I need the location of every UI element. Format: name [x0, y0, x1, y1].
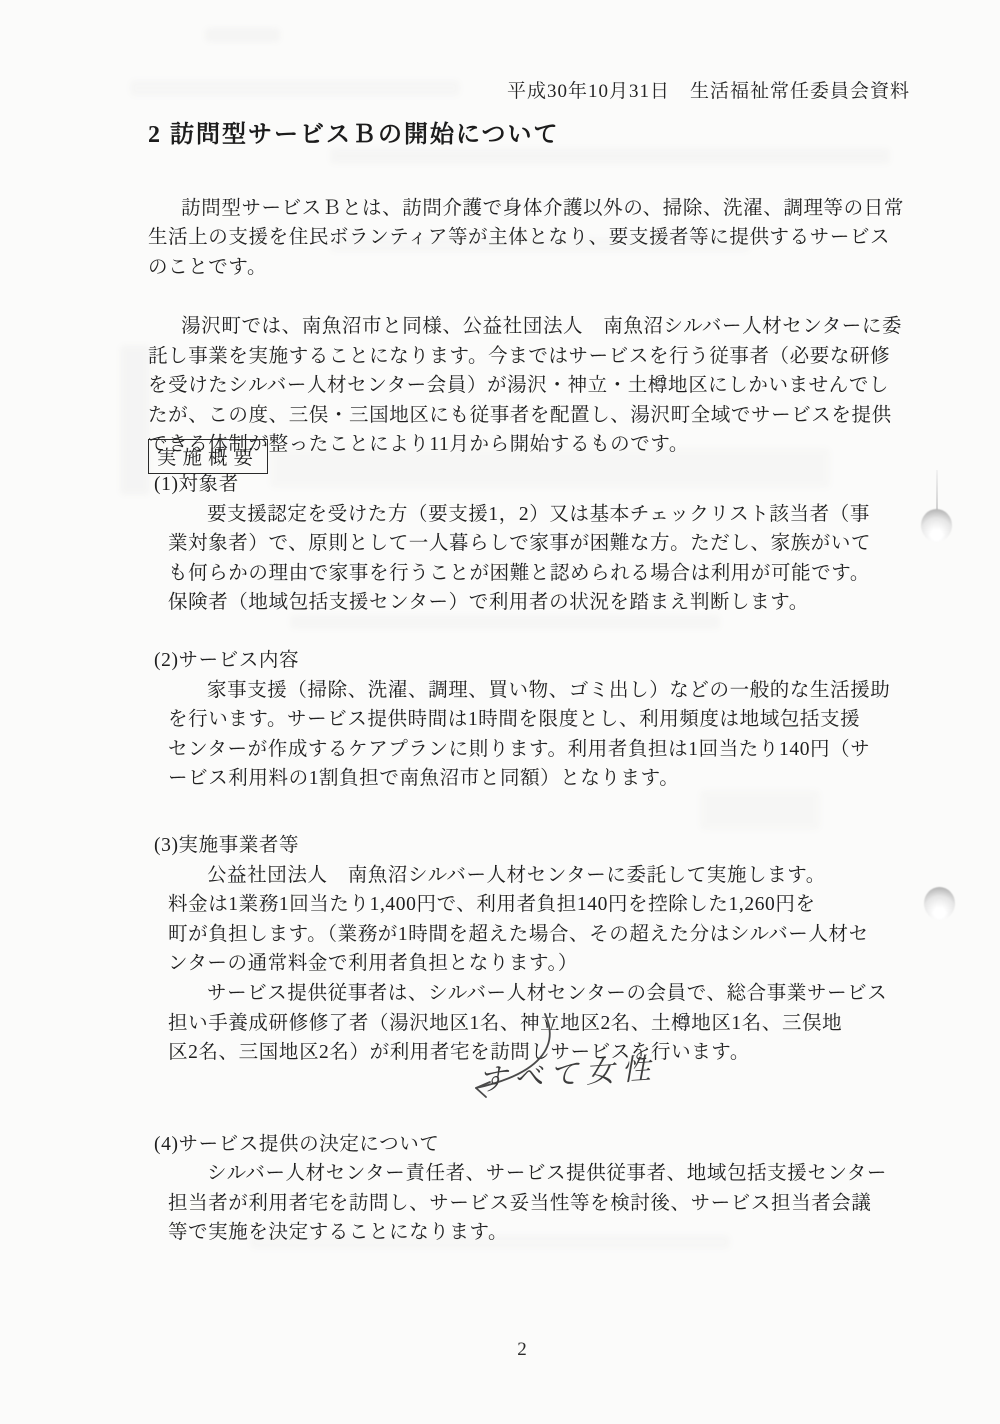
section-1-body: 要支援認定を受けた方（要支援1，2）又は基本チェックリスト該当者（事 業対象者）… — [168, 500, 923, 618]
section-3-paragraph-2: 料金は1業務1回当たり1,400円で、利用者負担140円を控除した1,260円を… — [168, 890, 923, 979]
scan-artifact-line — [936, 470, 938, 512]
scan-bleedthrough-smudge — [330, 148, 890, 164]
section-4-body: シルバー人材センター責任者、サービス提供従事者、地域包括支援センター 担当者が利… — [168, 1159, 923, 1248]
scan-bleedthrough-smudge — [205, 28, 280, 42]
scanned-document-page: 平成30年10月31日 生活福祉常任委員会資料 2 訪問型サービスＢの開始につい… — [0, 0, 1000, 1424]
section-3-heading: (3)実施事業者等 — [154, 831, 923, 861]
punch-hole-artifact-2 — [924, 887, 955, 920]
section-2-body: 家事支援（掃除、洗濯、調理、買い物、ゴミ出し）などの一般的な生活援助 を行います… — [168, 676, 923, 794]
section-2-heading: (2)サービス内容 — [154, 646, 923, 676]
scan-bleedthrough-smudge — [120, 345, 150, 495]
punch-hole-artifact-1 — [921, 509, 952, 542]
document-header: 平成30年10月31日 生活福祉常任委員会資料 — [507, 76, 910, 103]
intro-paragraph-1: 訪問型サービスＢとは、訪問介護で身体介護以外の、掃除、洗濯、調理等の日常 生活上… — [148, 194, 920, 283]
page-number: 2 — [0, 1339, 1000, 1361]
page-title: 2 訪問型サービスＢの開始について — [148, 114, 560, 149]
overview-box-label: 実施概要 — [148, 439, 268, 474]
intro-paragraph-2: 湯沢町では、南魚沼市と同様、公益社団法人 南魚沼シルバー人材センターに委 託し事… — [148, 312, 920, 460]
section-4-heading: (4)サービス提供の決定について — [154, 1130, 923, 1160]
section-1-heading: (1)対象者 — [154, 470, 923, 500]
scan-bleedthrough-smudge — [130, 80, 460, 96]
section-3-paragraph-1: 公益社団法人 南魚沼シルバー人材センターに委託して実施します。 — [168, 861, 923, 891]
sections-container: (1)対象者 要支援認定を受けた方（要支援1，2）又は基本チェックリスト該当者（… — [148, 470, 923, 1248]
